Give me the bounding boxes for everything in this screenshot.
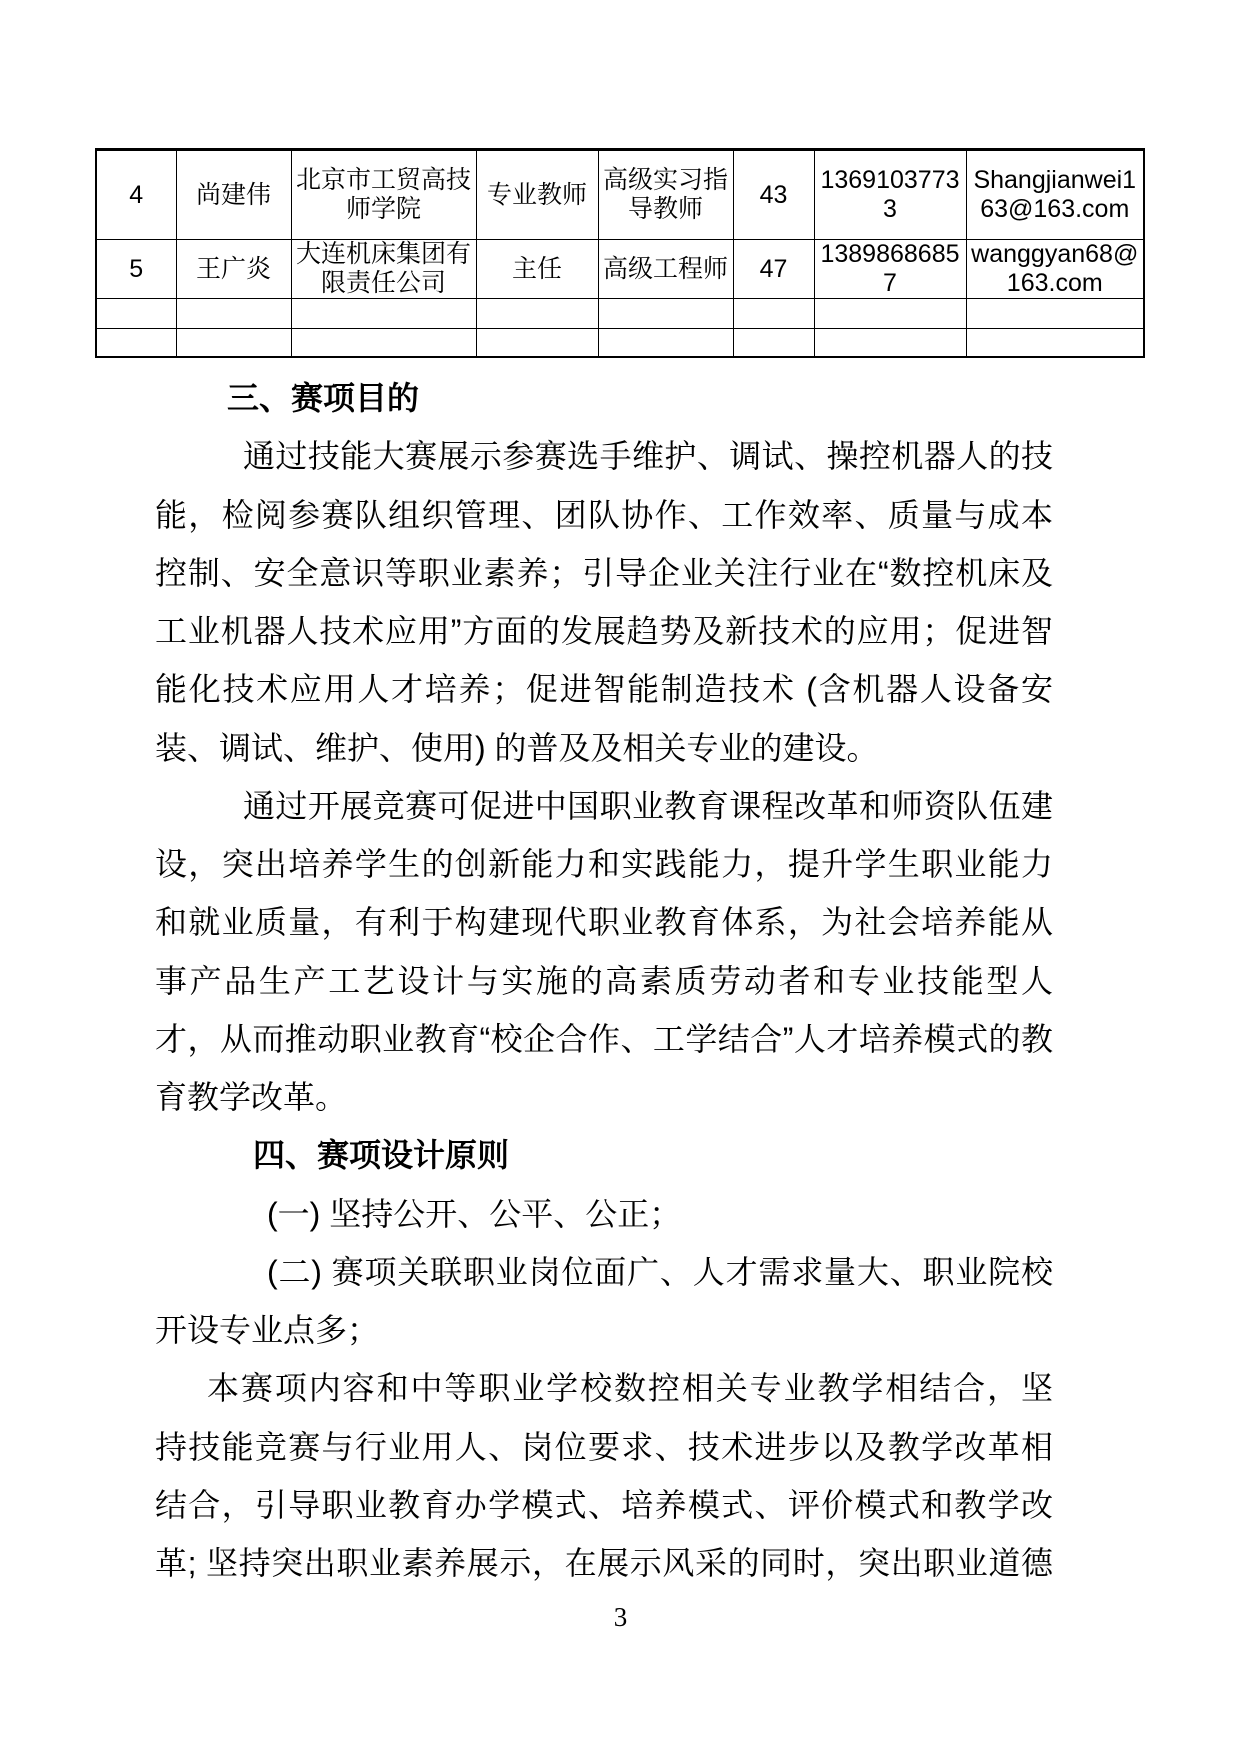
table-cell — [176, 329, 291, 357]
paragraph-purpose-1: 通过技能大赛展示参赛选手维护、调试、操控机器人的技能，检阅参赛队组织管理、团队协… — [155, 427, 1053, 777]
table-cell: 专业教师 — [476, 150, 598, 240]
principle-item-2: (二) 赛项关联职业岗位面广、人才需求量大、职业院校开设专业点多； — [155, 1243, 1053, 1360]
section-heading-4: 四、赛项设计原则 — [155, 1126, 1053, 1184]
text-line: 能，检阅参赛队组织管理、团队协作、工作效率、质量与成本 — [155, 486, 1053, 544]
table-cell: 43 — [733, 150, 814, 240]
table-cell — [598, 299, 733, 329]
table-cell: 主任 — [476, 240, 598, 299]
table-row: 5王广炎大连机床集团有限责任公司主任高级工程师4713898686857wang… — [96, 240, 1144, 299]
text-line: 设，突出培养学生的创新能力和实践能力，提升学生职业能力 — [155, 835, 1053, 893]
text-line: 结合，引导职业教育办学模式、培养模式、评价模式和教学改 — [155, 1476, 1053, 1534]
table-row: 4尚建伟北京市工贸高技师学院专业教师高级实习指导教师4313691037733S… — [96, 150, 1144, 240]
table-cell — [733, 299, 814, 329]
text-line: 三、赛项目的 — [155, 369, 1053, 427]
table-cell: 北京市工贸高技师学院 — [291, 150, 476, 240]
table-cell: 尚建伟 — [176, 150, 291, 240]
table-cell — [96, 299, 176, 329]
table-cell: 高级工程师 — [598, 240, 733, 299]
text-line: 持技能竞赛与行业用人、岗位要求、技术进步以及教学改革相 — [155, 1418, 1053, 1476]
text-line: 育教学改革。 — [155, 1068, 1053, 1126]
text-line: 装、调试、维护、使用) 的普及及相关专业的建设。 — [155, 719, 1053, 777]
text-line: 通过开展竞赛可促进中国职业教育课程改革和师资队伍建 — [155, 777, 1053, 835]
text-line: 通过技能大赛展示参赛选手维护、调试、操控机器人的技 — [155, 427, 1053, 485]
table-cell — [291, 299, 476, 329]
table-cell — [814, 329, 966, 357]
table-cell: 大连机床集团有限责任公司 — [291, 240, 476, 299]
paragraph-purpose-2: 通过开展竞赛可促进中国职业教育课程改革和师资队伍建设，突出培养学生的创新能力和实… — [155, 777, 1053, 1127]
table-cell: 高级实习指导教师 — [598, 150, 733, 240]
table-row — [96, 299, 1144, 329]
table-cell: wanggyan68@163.com — [966, 240, 1144, 299]
text-line: 能化技术应用人才培养；促进智能制造技术 (含机器人设备安 — [155, 660, 1053, 718]
text-line: 本赛项内容和中等职业学校数控相关专业教学相结合，坚 — [155, 1359, 1053, 1417]
text-line: 革; 坚持突出职业素养展示，在展示风采的同时，突出职业道德 — [155, 1534, 1053, 1592]
text-line: 才，从而推动职业教育“校企合作、工学结合”人才培养模式的教 — [155, 1010, 1053, 1068]
table-cell — [966, 329, 1144, 357]
table-cell: 13898686857 — [814, 240, 966, 299]
text-line: 和就业质量，有利于构建现代职业教育体系，为社会培养能从 — [155, 893, 1053, 951]
table-cell — [291, 329, 476, 357]
text-line: 事产品生产工艺设计与实施的高素质劳动者和专业技能型人 — [155, 952, 1053, 1010]
text-line: 开设专业点多； — [155, 1301, 1053, 1359]
table-cell — [598, 329, 733, 357]
table-cell — [733, 329, 814, 357]
table-cell — [176, 299, 291, 329]
table-cell: 王广炎 — [176, 240, 291, 299]
text-line: 四、赛项设计原则 — [155, 1126, 1053, 1184]
experts-table: 4尚建伟北京市工贸高技师学院专业教师高级实习指导教师4313691037733S… — [95, 148, 1145, 358]
table-cell — [96, 329, 176, 357]
page-number: 3 — [0, 1600, 1241, 1634]
text-line: (二) 赛项关联职业岗位面广、人才需求量大、职业院校 — [155, 1243, 1053, 1301]
table-cell: 4 — [96, 150, 176, 240]
paragraph-principle-detail: 本赛项内容和中等职业学校数控相关专业教学相结合，坚持技能竞赛与行业用人、岗位要求… — [155, 1359, 1053, 1592]
section-heading-3: 三、赛项目的 — [155, 369, 1053, 427]
text-line: 控制、安全意识等职业素养；引导企业关注行业在“数控机床及 — [155, 544, 1053, 602]
table-cell — [476, 329, 598, 357]
table-cell — [966, 299, 1144, 329]
document-page: 4尚建伟北京市工贸高技师学院专业教师高级实习指导教师4313691037733S… — [0, 0, 1241, 1754]
text-line: (一) 坚持公开、公平、公正； — [155, 1185, 1053, 1243]
principle-item-1: (一) 坚持公开、公平、公正； — [155, 1185, 1053, 1243]
table-cell — [476, 299, 598, 329]
text-line: 工业机器人技术应用”方面的发展趋势及新技术的应用；促进智 — [155, 602, 1053, 660]
table-cell: 5 — [96, 240, 176, 299]
table-row — [96, 329, 1144, 357]
table-cell: Shangjianwei163@163.com — [966, 150, 1144, 240]
table-cell: 13691037733 — [814, 150, 966, 240]
document-body-text: 三、赛项目的通过技能大赛展示参赛选手维护、调试、操控机器人的技能，检阅参赛队组织… — [155, 369, 1053, 1592]
table-cell — [814, 299, 966, 329]
table-cell: 47 — [733, 240, 814, 299]
